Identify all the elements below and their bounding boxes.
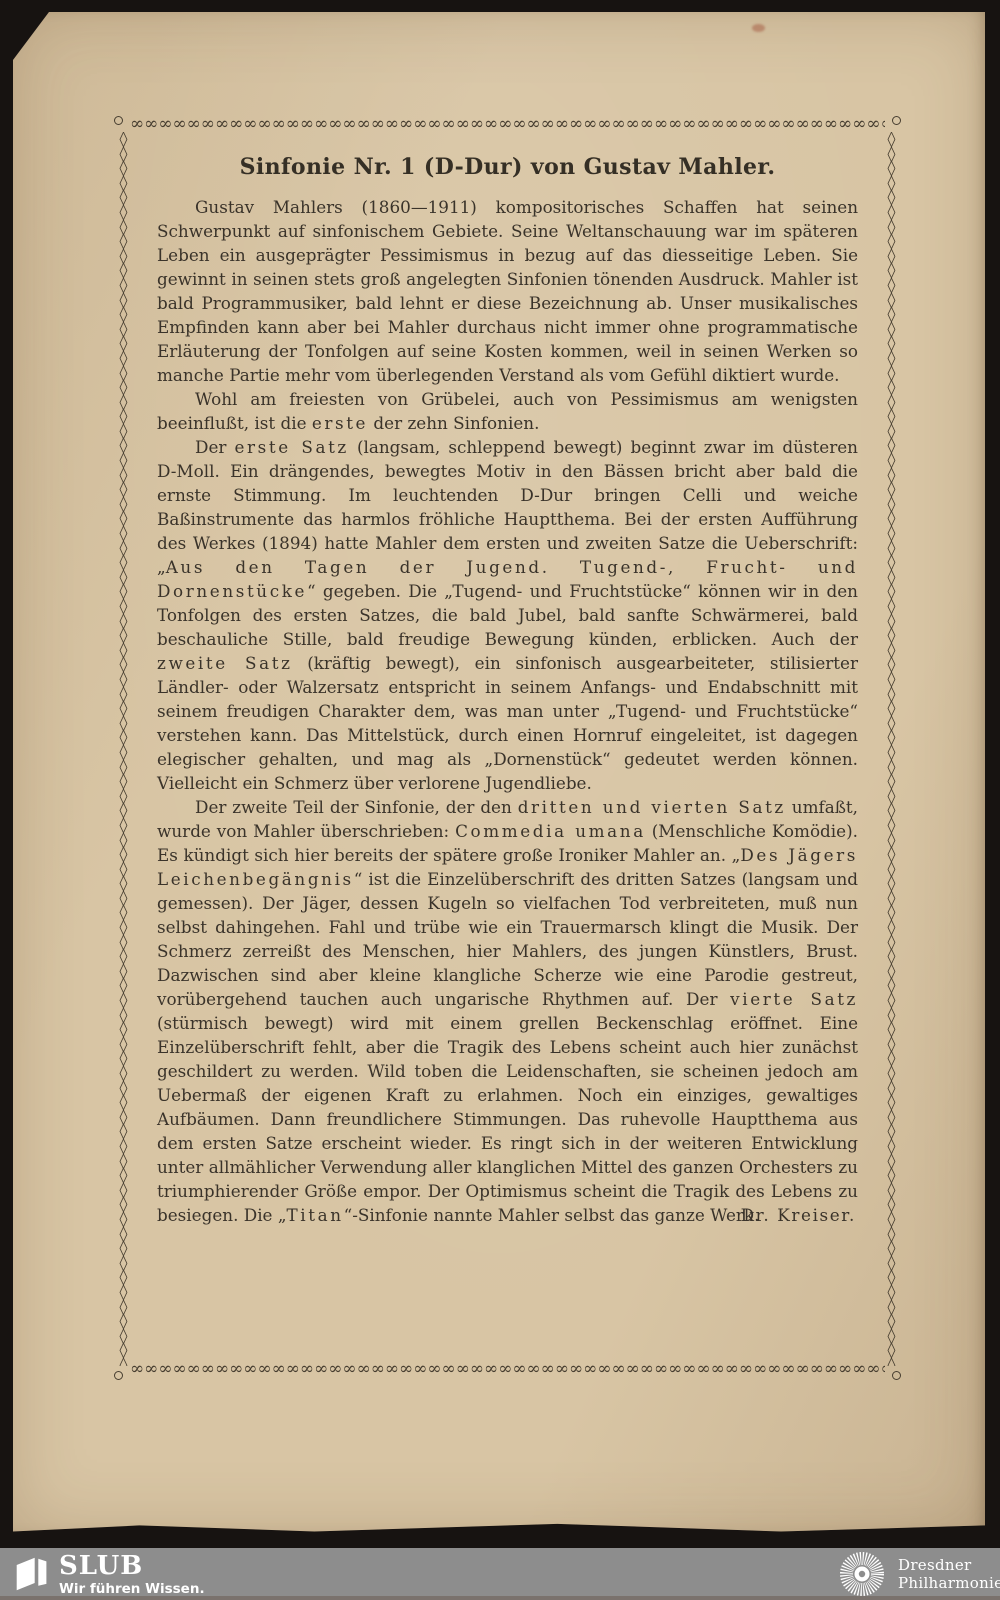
slub-logo[interactable]: SLUB Wir führen Wissen. [14, 1552, 205, 1597]
document-body: Gustav Mahlers (1860—1911) kompositorisc… [157, 195, 858, 1227]
ornamental-border: ∞∞∞∞∞∞∞∞∞∞∞∞∞∞∞∞∞∞∞∞∞∞∞∞∞∞∞∞∞∞∞∞∞∞∞∞∞∞∞∞… [118, 120, 897, 1378]
page-title: Sinfonie Nr. 1 (D-Dur) von Gustav Mahler… [157, 154, 858, 180]
paragraph: Gustav Mahlers (1860—1911) kompositorisc… [157, 195, 858, 387]
paper-stain [752, 24, 765, 32]
footer-bottom-edge [0, 1596, 1000, 1600]
partner-name-line1: Dresdner [898, 1556, 1000, 1575]
starburst-icon [838, 1550, 886, 1598]
document-content: Sinfonie Nr. 1 (D-Dur) von Gustav Mahler… [118, 120, 897, 1378]
paragraph: Der erste Satz (langsam, schleppend bewe… [157, 435, 858, 795]
paragraph: Der zweite Teil der Sinfonie, der den dr… [157, 795, 858, 1227]
slub-tagline: Wir führen Wissen. [59, 1581, 205, 1597]
dresdner-philharmonie-logo[interactable]: Dresdner Philharmonie [838, 1550, 1000, 1598]
partner-name-line2: Philharmonie [898, 1574, 1000, 1593]
viewer-footer: SLUB Wir führen Wissen. Dresdner Philhar… [0, 1548, 1000, 1600]
slub-wordmark: SLUB [59, 1552, 205, 1580]
document-page: ∞∞∞∞∞∞∞∞∞∞∞∞∞∞∞∞∞∞∞∞∞∞∞∞∞∞∞∞∞∞∞∞∞∞∞∞∞∞∞∞… [13, 12, 985, 1533]
open-book-icon [14, 1555, 50, 1593]
paragraph: Wohl am freiesten von Grübelei, auch von… [157, 387, 858, 435]
